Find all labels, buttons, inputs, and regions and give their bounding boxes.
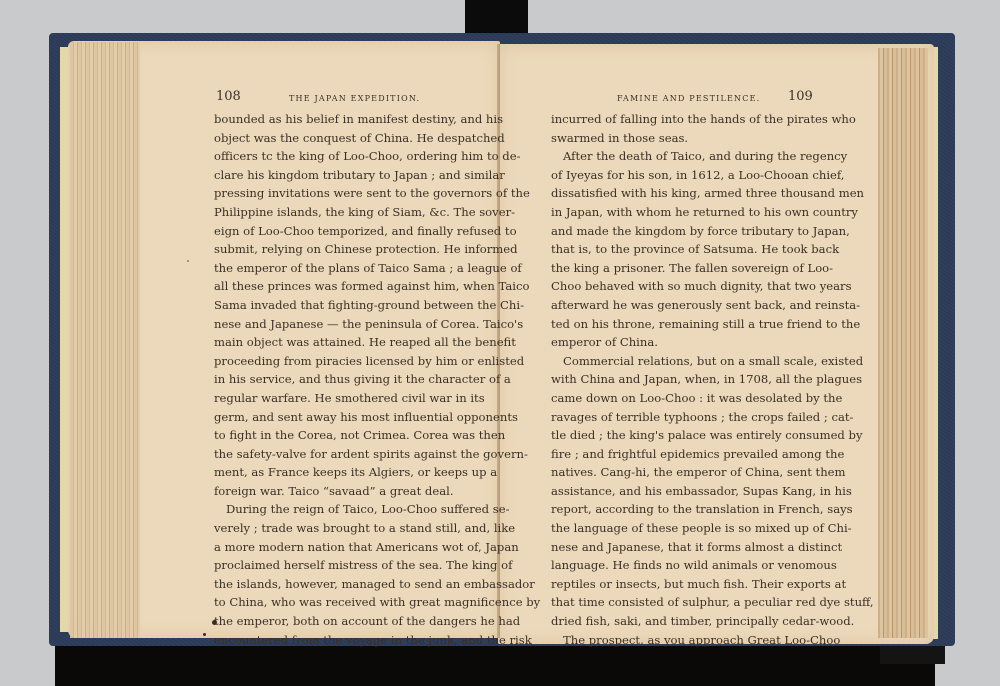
text-line: and made the kingdom by force tributary …	[551, 222, 813, 241]
text-line: During the reign of Taico, Loo-Choo suff…	[214, 500, 476, 519]
text-line: nese and Japanese — the peninsula of Cor…	[214, 315, 476, 334]
text-line: officers tc the king of Loo-Choo, orderi…	[214, 147, 476, 166]
foxing-spot	[203, 633, 206, 636]
text-line: the islands, however, managed to send an…	[214, 575, 476, 594]
text-line: clare his kingdom tributary to Japan ; a…	[214, 166, 476, 185]
text-line: Philippine islands, the king of Siam, &c…	[214, 203, 476, 222]
text-line: to fight in the Corea, not Crimea. Corea…	[214, 426, 476, 445]
right-page-edges	[878, 48, 928, 638]
text-line: germ, and sent away his most influential…	[214, 408, 476, 427]
text-line: ted on his throne, remaining still a tru…	[551, 315, 813, 334]
text-line: reptiles or insects, but much fish. Thei…	[551, 575, 813, 594]
text-line: Choo behaved with so much dignity, that …	[551, 277, 813, 296]
text-line: ravages of terrible typhoons ; the crops…	[551, 408, 813, 427]
foxing-spot	[212, 620, 217, 625]
text-line: in his service, and thus giving it the c…	[214, 370, 476, 389]
text-line: to China, who was received with great ma…	[214, 593, 476, 612]
text-line: assistance, and his embassador, Supas Ka…	[551, 482, 813, 501]
text-line: swarmed in those seas.	[551, 129, 813, 148]
foxing-spot	[187, 260, 189, 262]
left-page-edges	[70, 42, 140, 638]
text-line: ment, as France keeps its Algiers, or ke…	[214, 463, 476, 482]
text-line: afterward he was generously sent back, a…	[551, 296, 813, 315]
text-line: language. He finds no wild animals or ve…	[551, 556, 813, 575]
text-line: pressing invitations were sent to the go…	[214, 184, 476, 203]
left-running-head: THE JAPAN EXPEDITION.	[289, 94, 420, 103]
right-running-head: FAMINE AND PESTILENCE.	[617, 94, 760, 103]
text-line: a more modern nation that Americans wot …	[214, 538, 476, 557]
text-line: that is, to the province of Satsuma. He …	[551, 240, 813, 259]
text-line: Commercial relations, but on a small sca…	[551, 352, 813, 371]
text-line: incurred of falling into the hands of th…	[551, 110, 813, 129]
text-line: with China and Japan, when, in 1708, all…	[551, 370, 813, 389]
text-line: object was the conquest of China. He des…	[214, 129, 476, 148]
text-line: dissatisfied with his king, armed three …	[551, 184, 813, 203]
right-page-body: incurred of falling into the hands of th…	[551, 110, 813, 649]
text-line: the safety-valve for ardent spirits agai…	[214, 445, 476, 464]
text-line: encountered from the voyage in the junk,…	[214, 631, 476, 650]
text-line: main object was attained. He reaped all …	[214, 333, 476, 352]
text-line: report, according to the translation in …	[551, 500, 813, 519]
text-line: the emperor, both on account of the dang…	[214, 612, 476, 631]
text-line: submit, relying on Chinese protection. H…	[214, 240, 476, 259]
text-line: all these princes was formed against him…	[214, 277, 476, 296]
text-line: bounded as his belief in manifest destin…	[214, 110, 476, 129]
text-line: foreign war. Taico “savaad” a great deal…	[214, 482, 476, 501]
text-line: natives. Cang-hi, the emperor of China, …	[551, 463, 813, 482]
text-line: the king a prisoner. The fallen sovereig…	[551, 259, 813, 278]
text-line: in Japan, with whom he returned to his o…	[551, 203, 813, 222]
left-page-number: 108	[216, 89, 241, 104]
text-line: emperor of China.	[551, 333, 813, 352]
text-line: the language of these people is so mixed…	[551, 519, 813, 538]
text-line: proceeding from piracies licensed by him…	[214, 352, 476, 371]
text-line: fire ; and frightful epidemics prevailed…	[551, 445, 813, 464]
text-line: proclaimed herself mistress of the sea. …	[214, 556, 476, 575]
text-line: After the death of Taico, and during the…	[551, 147, 813, 166]
text-line: The prospect, as you approach Great Loo-…	[551, 631, 813, 650]
text-line: regular warfare. He smothered civil war …	[214, 389, 476, 408]
text-line: eign of Loo-Choo temporized, and finally…	[214, 222, 476, 241]
left-page-body: bounded as his belief in manifest destin…	[214, 110, 476, 649]
text-line: Sama invaded that fighting-ground betwee…	[214, 296, 476, 315]
text-line: the emperor of the plans of Taico Sama ;…	[214, 259, 476, 278]
text-line: of Iyeyas for his son, in 1612, a Loo-Ch…	[551, 166, 813, 185]
text-line: that time consisted of sulphur, a peculi…	[551, 593, 813, 612]
text-line: dried fish, saki, and timber, principall…	[551, 612, 813, 631]
right-page-number: 109	[788, 89, 813, 104]
text-line: verely ; trade was brought to a stand st…	[214, 519, 476, 538]
text-line: nese and Japanese, that it forms almost …	[551, 538, 813, 557]
text-line: tle died ; the king's palace was entirel…	[551, 426, 813, 445]
text-line: came down on Loo-Choo : it was desolated…	[551, 389, 813, 408]
